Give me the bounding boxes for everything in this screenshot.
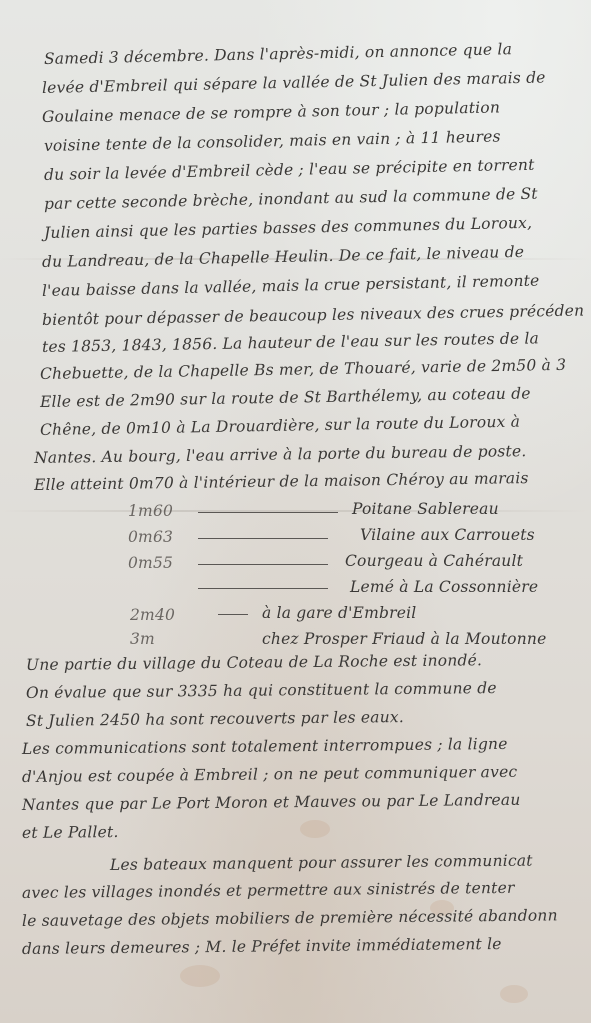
paper-stain — [180, 965, 220, 987]
paper-stain — [300, 820, 330, 838]
text-line: avec les villages inondés et permettre a… — [22, 879, 515, 902]
text-line: Goulaine menace de se rompre à son tour … — [42, 98, 500, 126]
level-height: 0m63 — [128, 528, 173, 546]
text-line: levée d'Embreil qui sépare la vallée de … — [42, 68, 546, 97]
text-line: d'Anjou est coupée à Embreil ; on ne peu… — [22, 763, 517, 786]
level-leader — [190, 528, 336, 546]
level-place: Courgeau à Cahérault — [345, 552, 523, 570]
level-leader — [210, 604, 256, 622]
text-line: St Julien 2450 ha sont recouverts par le… — [26, 708, 404, 730]
text-line: Chebuette, de la Chapelle Bs mer, de Tho… — [40, 356, 567, 383]
level-place: à la gare d'Embreil — [262, 604, 416, 622]
handwritten-document-page: Samedi 3 décembre. Dans l'après-midi, on… — [0, 0, 591, 1023]
level-height: 2m40 — [130, 606, 175, 624]
text-line: et Le Pallet. — [22, 823, 119, 842]
text-line: Elle est de 2m90 sur la route de St Bart… — [40, 384, 531, 411]
text-line: Chêne, de 0m10 à La Drouardière, sur la … — [40, 413, 520, 439]
text-line: Les bateaux manquent pour assurer les co… — [110, 852, 533, 874]
level-leader — [190, 578, 336, 596]
text-line: le sauvetage des objets mobiliers de pre… — [22, 906, 558, 930]
paper-stain — [500, 985, 528, 1003]
text-line: Les communications sont totalement inter… — [22, 735, 508, 758]
text-line: Une partie du village du Coteau de La Ro… — [26, 651, 482, 674]
text-line: Elle atteint 0m70 à l'intérieur de la ma… — [34, 469, 529, 494]
level-place: chez Prosper Friaud à la Moutonne — [262, 630, 546, 648]
text-line: voisine tente de la consolider, mais en … — [44, 127, 501, 155]
text-line: dans leurs demeures ; M. le Préfet invit… — [22, 935, 502, 958]
text-line: l'eau baisse dans la vallée, mais la cru… — [42, 272, 540, 300]
level-leader — [190, 554, 336, 572]
text-line: Nantes. Au bourg, l'eau arrive à la port… — [34, 442, 527, 467]
text-line: tes 1853, 1843, 1856. La hauteur de l'ea… — [42, 329, 539, 356]
text-line: Samedi 3 décembre. Dans l'après-midi, on… — [44, 40, 512, 68]
text-line: du Landreau, de la Chapelle Heulin. De c… — [42, 243, 524, 271]
level-height: 1m60 — [128, 502, 173, 520]
text-line: On évalue que sur 3335 ha qui constituen… — [26, 679, 497, 702]
text-line: du soir la levée d'Embreil cède ; l'eau … — [44, 156, 535, 184]
level-place: Poitane Sablereau — [352, 500, 499, 518]
level-place: Lemé à La Cossonnière — [350, 578, 538, 596]
text-line: par cette seconde brèche, inondant au su… — [44, 185, 538, 213]
text-line: Julien ainsi que les parties basses des … — [44, 214, 533, 242]
text-line: bientôt pour dépasser de beaucoup les ni… — [42, 302, 585, 329]
level-height: 3m — [130, 630, 155, 648]
level-leader — [190, 502, 346, 520]
level-place: Vilaine aux Carrouets — [360, 526, 535, 544]
text-line: Nantes que par Le Port Moron et Mauves o… — [22, 791, 521, 814]
level-height: 0m55 — [128, 554, 173, 572]
